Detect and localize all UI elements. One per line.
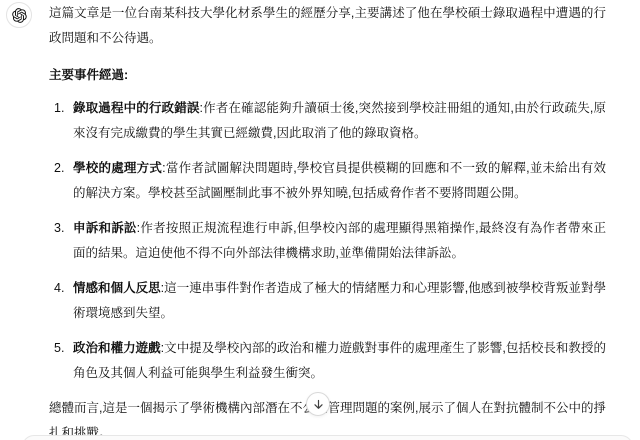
- assistant-message: 這篇文章是一位台南某科技大學化材系學生的經歷分享,主要講述了他在學校碩士錄取過程…: [0, 0, 640, 440]
- list-item-title: 學校的處理方式: [73, 161, 162, 175]
- list-item-number: 4.: [54, 276, 64, 301]
- list-item: 4.情感和個人反思:這一連串事件對作者造成了極大的情緒壓力和心理影響,他感到被學…: [49, 276, 606, 326]
- list-item-title: 政治和權力遊戲: [73, 341, 161, 355]
- section-heading: 主要事件經過:: [49, 63, 606, 88]
- list-item-number: 5.: [54, 336, 64, 361]
- list-item-body: :作者按照正規流程進行申訴,但學校內部的處理顯得黑箱操作,最終沒有為作者帶來正面…: [73, 221, 606, 260]
- list-item-number: 3.: [54, 216, 64, 241]
- openai-logo-icon: [12, 8, 27, 23]
- list-item: 1.錄取過程中的行政錯誤:作者在確認能夠升讀碩士後,突然接到學校註冊組的通知,由…: [49, 96, 606, 146]
- list-item: 3.申訴和訴訟:作者按照正規流程進行申訴,但學校內部的處理顯得黑箱操作,最終沒有…: [49, 216, 606, 266]
- list-item-title: 申訴和訴訟: [73, 221, 137, 235]
- composer-input-top-edge[interactable]: [22, 435, 633, 440]
- arrow-down-icon: [312, 398, 325, 411]
- assistant-avatar: [6, 2, 32, 28]
- intro-paragraph: 這篇文章是一位台南某科技大學化材系學生的經歷分享,主要講述了他在學校碩士錄取過程…: [49, 1, 606, 51]
- scroll-to-bottom-button[interactable]: [306, 392, 330, 416]
- list-item: 5.政治和權力遊戲:文中提及學校內部的政治和權力遊戲對事件的處理產生了影響,包括…: [49, 336, 606, 386]
- assistant-message-content: 這篇文章是一位台南某科技大學化材系學生的經歷分享,主要講述了他在學校碩士錄取過程…: [49, 1, 606, 440]
- list-item-number: 2.: [54, 156, 64, 181]
- list-item: 2.學校的處理方式:當作者試圖解決問題時,學校官員提供模糊的回應和不一致的解釋,…: [49, 156, 606, 206]
- list-item-title: 情感和個人反思: [73, 281, 161, 295]
- list-item-title: 錄取過程中的行政錯誤: [73, 101, 200, 115]
- event-list: 1.錄取過程中的行政錯誤:作者在確認能夠升讀碩士後,突然接到學校註冊組的通知,由…: [49, 96, 606, 386]
- list-item-number: 1.: [54, 96, 64, 121]
